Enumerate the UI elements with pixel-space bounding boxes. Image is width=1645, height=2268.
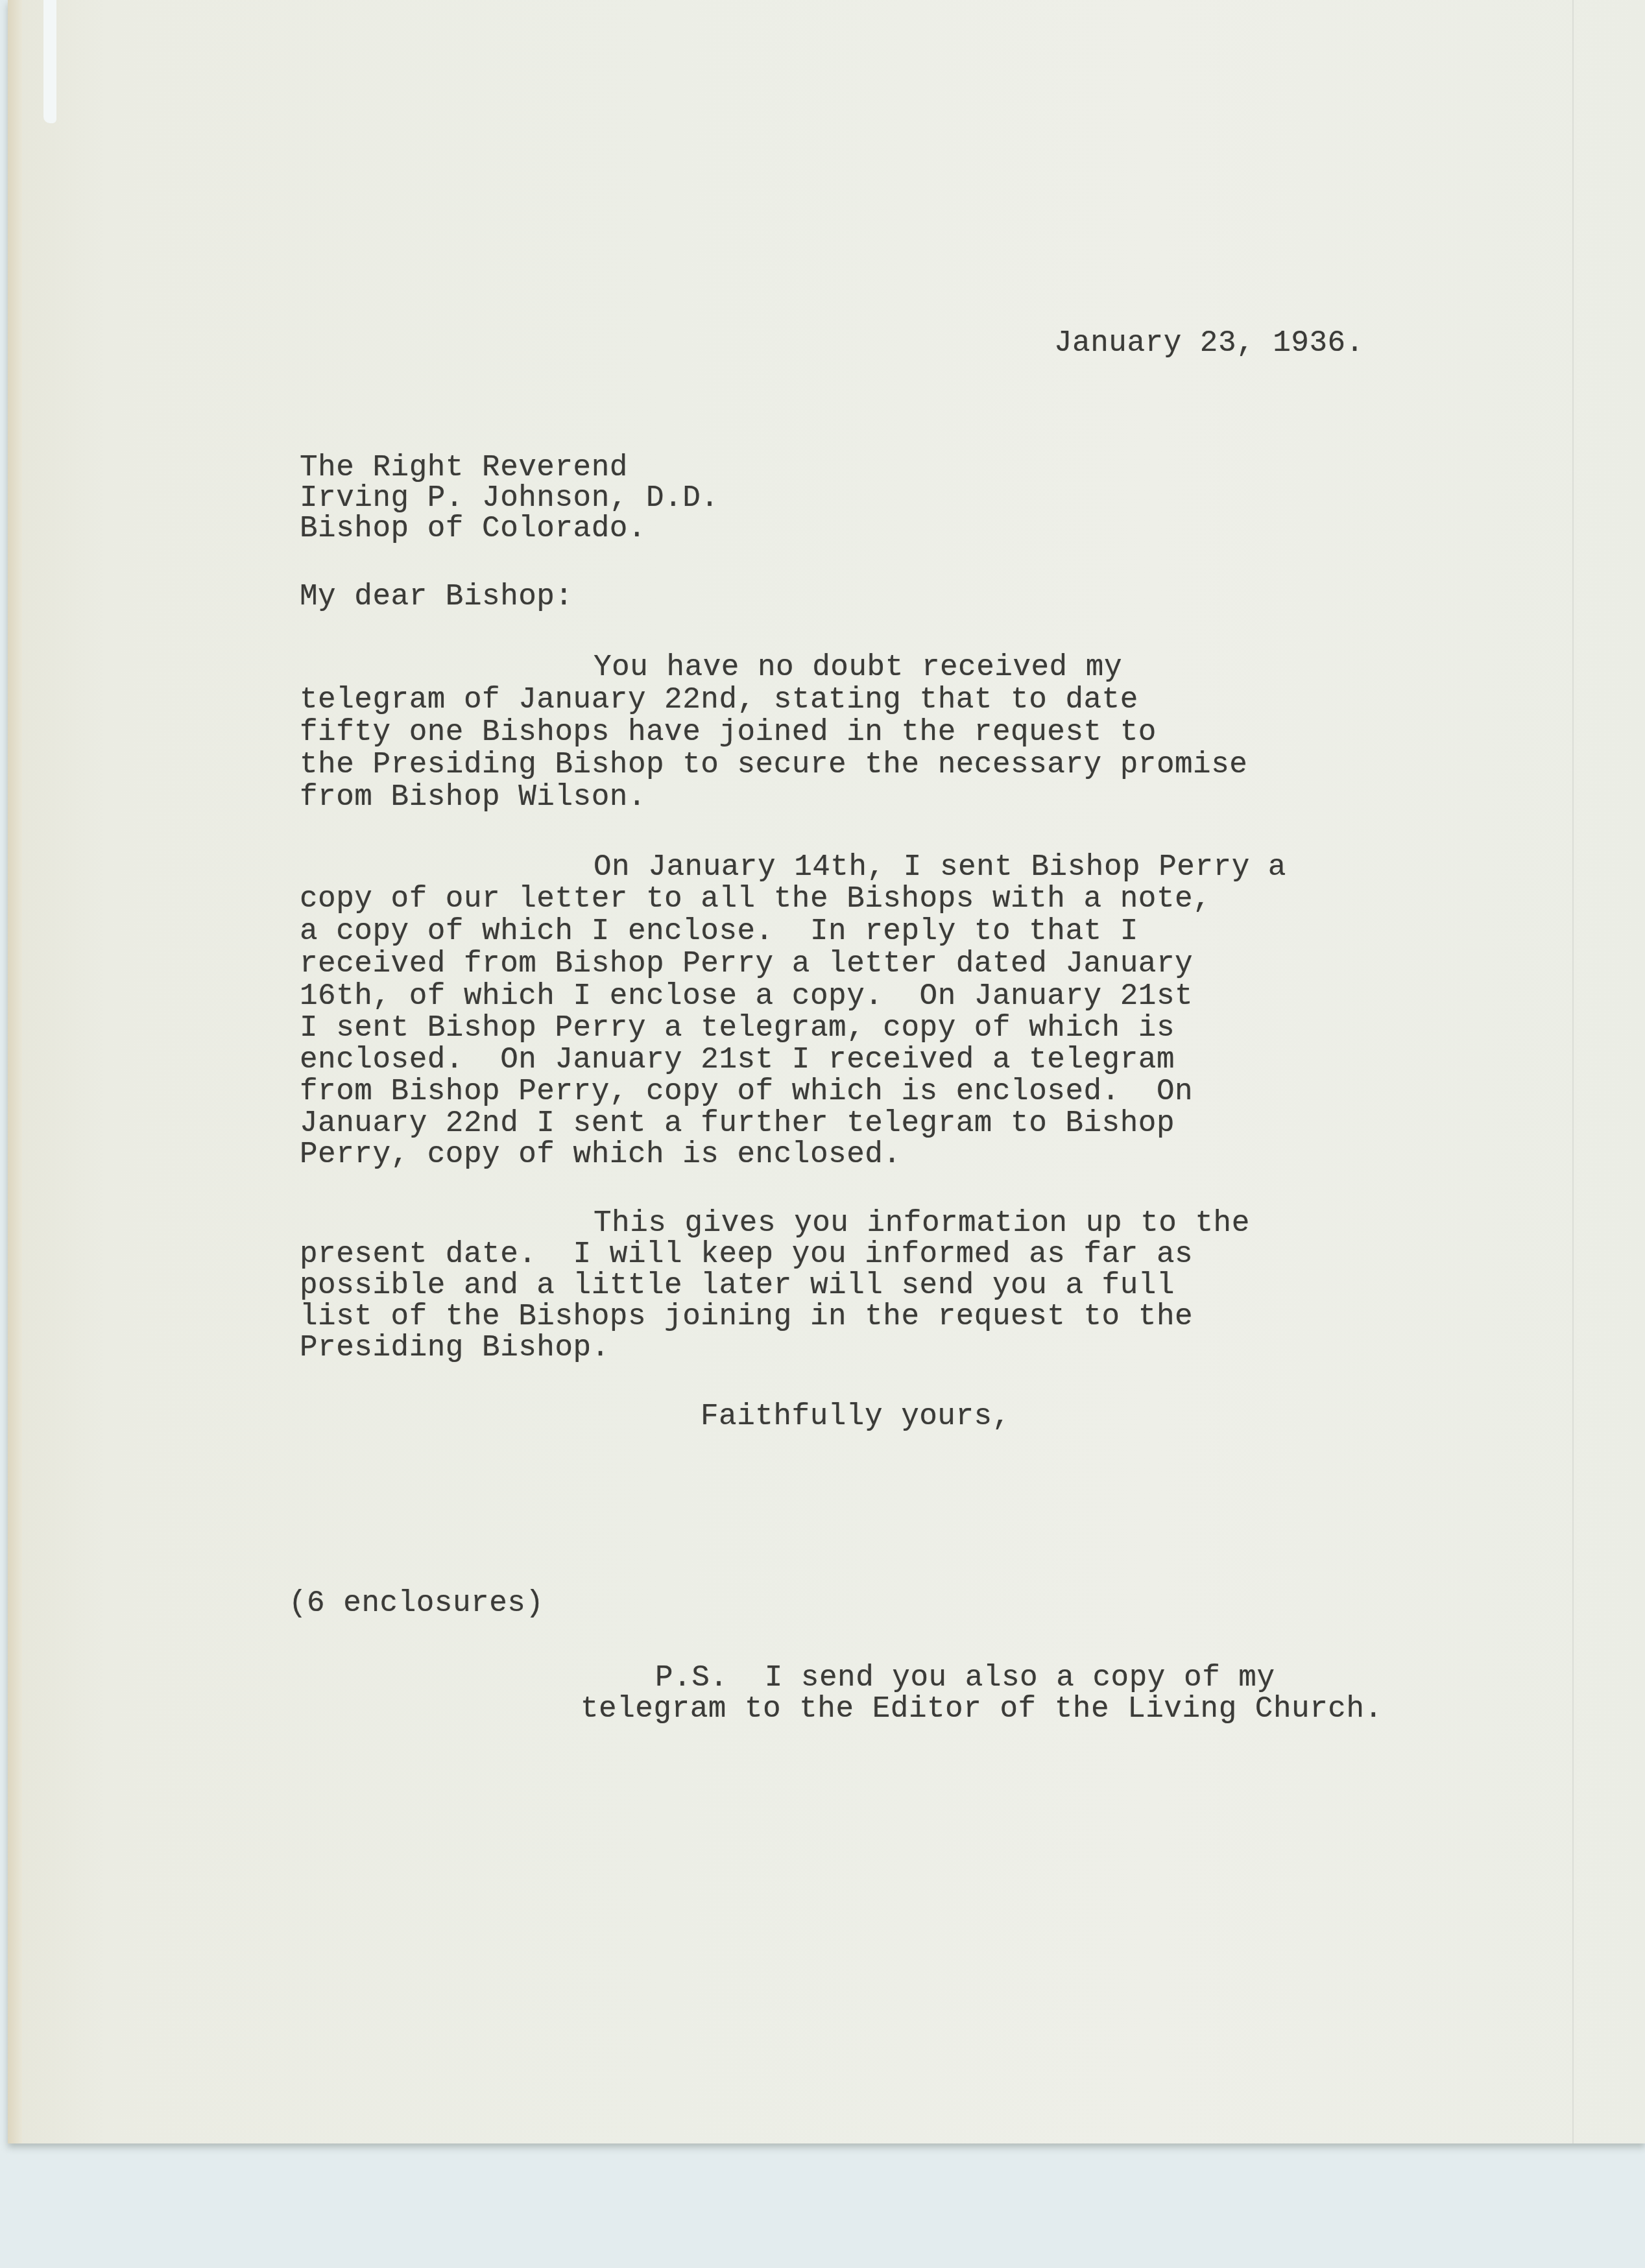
enclosures-note: (6 enclosures) (289, 1588, 544, 1619)
paragraph-2-line-10: Perry, copy of which is enclosed. (300, 1139, 901, 1170)
address-line-3: Bishop of Colorado. (300, 513, 646, 544)
paragraph-1-line-2: telegram of January 22nd, stating that t… (300, 684, 1138, 715)
paragraph-3-line-5: Presiding Bishop. (300, 1332, 610, 1363)
salutation: My dear Bishop: (300, 581, 573, 612)
paragraph-2-line-1: On January 14th, I sent Bishop Perry a (594, 852, 1286, 883)
paragraph-3-line-2: present date. I will keep you informed a… (300, 1239, 1193, 1270)
letter-paper: January 23, 1936. The Right Reverend Irv… (8, 0, 1645, 2143)
scan-glare (43, 0, 56, 123)
complimentary-closing: Faithfully yours, (701, 1401, 1011, 1432)
address-line-2: Irving P. Johnson, D.D. (300, 483, 719, 514)
paragraph-2-line-3: a copy of which I enclose. In reply to t… (300, 916, 1138, 947)
paragraph-2-line-5: 16th, of which I enclose a copy. On Janu… (300, 981, 1193, 1012)
paragraph-1-line-3: fifty one Bishops have joined in the req… (300, 717, 1157, 748)
paragraph-3-line-1: This gives you information up to the (594, 1208, 1250, 1239)
paragraph-1-line-4: the Presiding Bishop to secure the neces… (300, 749, 1247, 780)
postscript-line-1: P.S. I send you also a copy of my (655, 1662, 1275, 1693)
address-line-1: The Right Reverend (300, 452, 628, 483)
paragraph-2-line-8: from Bishop Perry, copy of which is encl… (300, 1076, 1193, 1107)
paragraph-3-line-3: possible and a little later will send yo… (300, 1270, 1175, 1301)
paragraph-2-line-6: I sent Bishop Perry a telegram, copy of … (300, 1012, 1175, 1044)
postscript-line-2: telegram to the Editor of the Living Chu… (581, 1693, 1383, 1725)
paragraph-2-line-7: enclosed. On January 21st I received a t… (300, 1044, 1175, 1075)
paragraph-2-line-4: received from Bishop Perry a letter date… (300, 948, 1193, 979)
paper-fold-line (1572, 0, 1574, 2143)
paragraph-3-line-4: list of the Bishops joining in the reque… (300, 1301, 1193, 1332)
paragraph-2-line-2: copy of our letter to all the Bishops wi… (300, 883, 1211, 914)
paragraph-1-line-1: You have no doubt received my (594, 652, 1122, 683)
paragraph-1-line-5: from Bishop Wilson. (300, 782, 646, 813)
letter-date: January 23, 1936. (1054, 328, 1364, 359)
paragraph-2-line-9: January 22nd I sent a further telegram t… (300, 1108, 1175, 1139)
